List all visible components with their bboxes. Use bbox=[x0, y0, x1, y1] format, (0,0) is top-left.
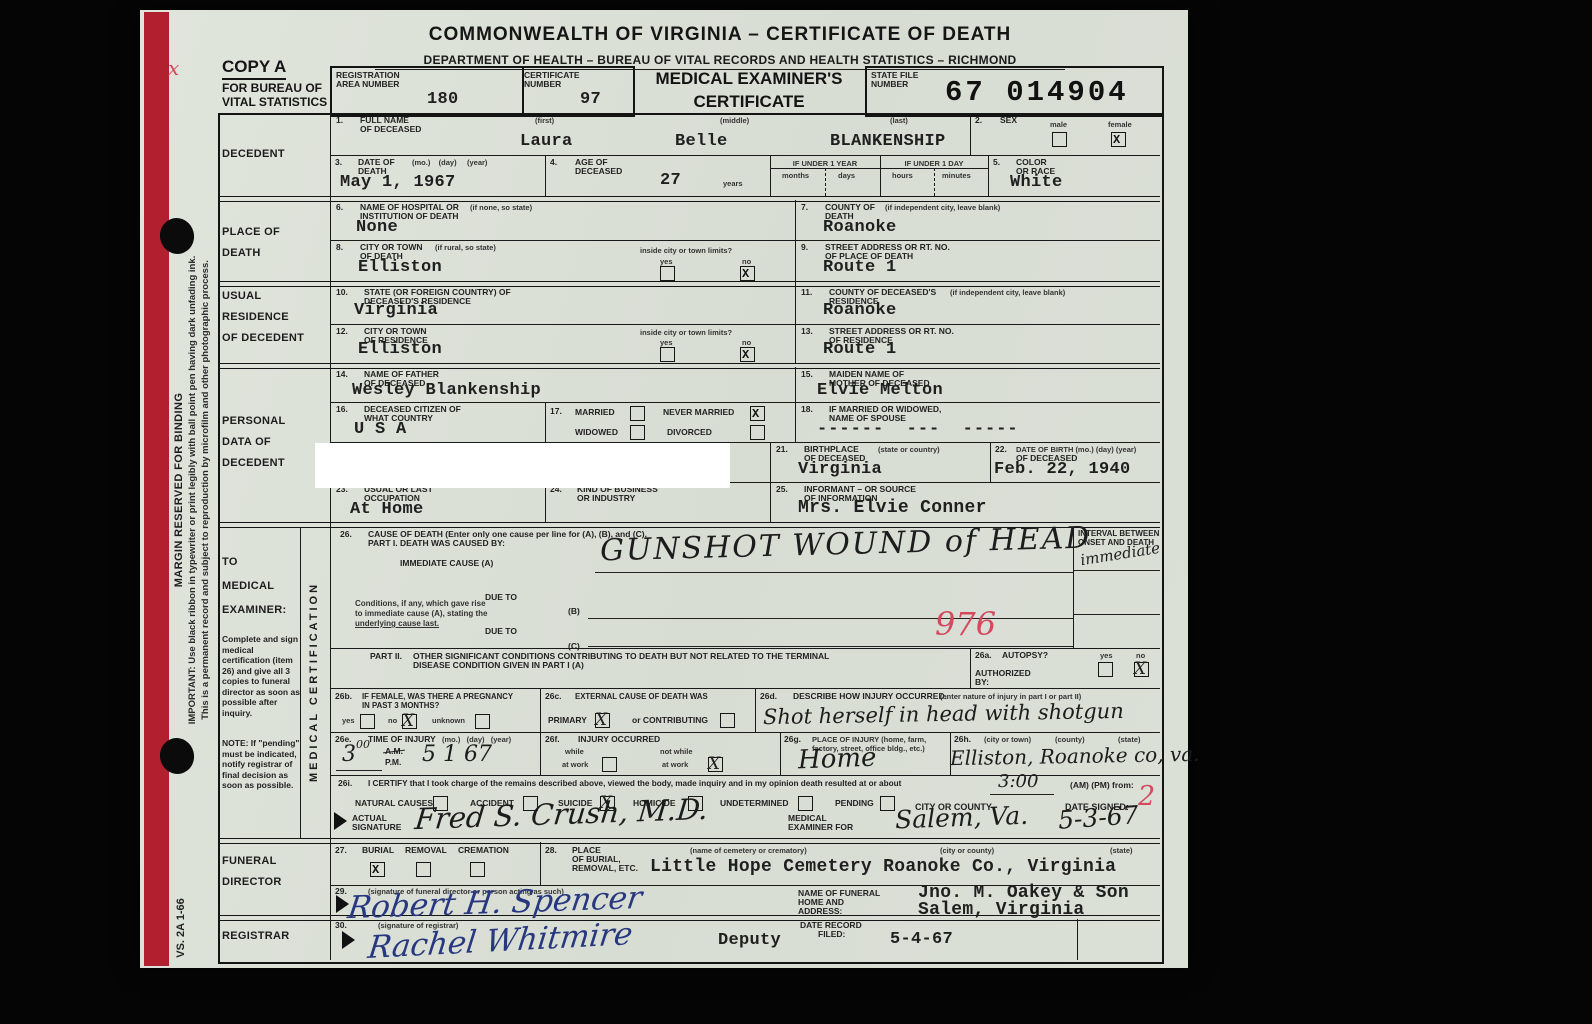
field-label: DESCRIBE HOW INJURY OCCURRED. bbox=[793, 692, 947, 701]
hint-middle: (middle) bbox=[720, 116, 749, 125]
interval-label1: INTERVAL BETWEEN bbox=[1078, 529, 1159, 538]
days-label: days bbox=[838, 171, 855, 180]
conditions-line3: underlying cause last. bbox=[355, 619, 439, 628]
red-x-mark: x bbox=[168, 56, 179, 80]
cause-a-line bbox=[595, 572, 1073, 573]
time-hour-handwriting: 3 bbox=[342, 742, 356, 767]
field-21-birthplace: 21. BIRTHPLACE (state or country) OF DEC… bbox=[770, 442, 990, 482]
field-18-spouse: 18. IF MARRIED OR WIDOWED, NAME OF SPOUS… bbox=[795, 402, 1160, 442]
field-7-county-of-death: 7. COUNTY OF (if independent city, leave… bbox=[795, 200, 1160, 240]
field-23-occupation: 23. USUAL OR LAST OCCUPATION At Home bbox=[330, 482, 545, 522]
part-2-conditions: PART II. OTHER SIGNIFICANT CONDITIONS CO… bbox=[330, 648, 970, 688]
interval-line1 bbox=[1073, 570, 1160, 571]
state-file-box: STATE FILE NUMBER 67 014904 bbox=[865, 66, 1164, 117]
mother-name-value: Elvie Melton bbox=[817, 381, 943, 400]
am-pm-from-label: (AM) (PM) from: bbox=[1070, 781, 1134, 790]
divorced-label: DIVORCED bbox=[667, 428, 712, 437]
widowed-label: WIDOWED bbox=[575, 428, 618, 437]
field-number: 2. bbox=[975, 116, 982, 125]
first-name-value: Laura bbox=[520, 132, 573, 151]
field-6-hospital: 6. NAME OF HOSPITAL OR (if none, so stat… bbox=[330, 200, 795, 240]
male-checkbox bbox=[1052, 132, 1067, 147]
margin-permanent-note: This is a permanent record and subject t… bbox=[199, 160, 212, 820]
time-minutes-handwriting: 00 bbox=[356, 738, 370, 751]
pregnancy-unknown-checkbox bbox=[475, 714, 490, 729]
field-24-business: 24. KIND OF BUSINESS OR INDUSTRY bbox=[545, 482, 770, 522]
side-label-place-of-death: PLACE OF bbox=[222, 226, 280, 238]
field-8-city-of-death: 8. CITY OR TOWN (if rural, so state) OF … bbox=[330, 240, 795, 281]
deputy-value: Deputy bbox=[718, 931, 781, 950]
death-time-underline bbox=[990, 794, 1054, 795]
city-of-death-value: Elliston bbox=[358, 258, 442, 277]
field-26d-how-injury-occurred: 26d. DESCRIBE HOW INJURY OCCURRED. (ente… bbox=[755, 688, 1160, 732]
pending-checkbox bbox=[880, 796, 895, 811]
field-26i-certification: 26i. I CERTIFY that I took charge of the… bbox=[330, 775, 1160, 838]
examiner-note2: NOTE: If "pending" must be indicated, no… bbox=[222, 738, 300, 791]
field-number: 25. bbox=[776, 485, 788, 494]
field-number: 27. bbox=[335, 846, 347, 855]
autopsy-label: AUTOPSY? bbox=[1002, 651, 1048, 660]
pending-label: PENDING bbox=[835, 799, 874, 808]
field-number: 1. bbox=[336, 116, 343, 125]
copy-a-sub1: FOR BUREAU OF bbox=[222, 81, 322, 95]
no-label: no bbox=[388, 716, 397, 725]
place-of-burial-value: Little Hope Cemetery Roanoke Co., Virgin… bbox=[650, 857, 1116, 877]
divorced-checkbox bbox=[750, 425, 765, 440]
side-label-place-of-death2: DEATH bbox=[222, 247, 261, 259]
field-number: 12. bbox=[336, 327, 348, 336]
field-label2: OR INDUSTRY bbox=[577, 494, 635, 503]
hospital-value: None bbox=[356, 218, 398, 237]
part1-label: PART I. DEATH WAS CAUSED BY: bbox=[368, 539, 505, 548]
registration-area-box: REGISTRATION AREA NUMBER 180 bbox=[330, 66, 524, 117]
red-code-976: 976 bbox=[935, 605, 996, 643]
side-label-residence1: USUAL bbox=[222, 290, 261, 302]
field-number: 28. bbox=[545, 846, 557, 855]
widowed-checkbox bbox=[630, 425, 645, 440]
field-label: SEX bbox=[1000, 116, 1017, 125]
hours-label: hours bbox=[892, 171, 913, 180]
field-number: 17. bbox=[550, 407, 562, 416]
side-label-personal2: DATA OF bbox=[222, 436, 271, 448]
yes-label: yes bbox=[660, 338, 673, 347]
side-label-registrar: REGISTRAR bbox=[222, 930, 289, 942]
state-file-label2: NUMBER bbox=[871, 80, 908, 89]
married-checkbox bbox=[630, 406, 645, 421]
due-to-label: DUE TO bbox=[485, 593, 517, 602]
field-12-city-residence: 12. CITY OR TOWN OF RESIDENCE Elliston i… bbox=[330, 324, 795, 363]
injury-location-handwriting: Elliston, Roanoke co, va. bbox=[950, 742, 1200, 770]
certificate-title: COMMONWEALTH OF VIRGINIA – CERTIFICATE O… bbox=[290, 24, 1150, 46]
funeral-home-address: Salem, Virginia bbox=[918, 900, 1085, 920]
limits-no-checkbox bbox=[740, 347, 755, 362]
field-number: 6. bbox=[336, 203, 343, 212]
county-of-death-value: Roanoke bbox=[823, 218, 897, 237]
while-at-work-checkbox bbox=[602, 757, 617, 772]
married-label: MARRIED bbox=[575, 408, 615, 417]
date-filed-value: 5-4-67 bbox=[890, 930, 953, 949]
state-hint: (state) bbox=[1110, 846, 1133, 855]
yes-label: yes bbox=[342, 716, 355, 725]
field-10-state-residence: 10. STATE (OR FOREIGN COUNTRY) OF DECEAS… bbox=[330, 285, 795, 324]
street-residence-value: Route 1 bbox=[823, 340, 897, 359]
place-of-injury-handwriting: Home bbox=[798, 743, 877, 776]
field-number: 5. bbox=[993, 158, 1000, 167]
yes-label: yes bbox=[1100, 651, 1113, 660]
field-number: 10. bbox=[336, 288, 348, 297]
conditions-line2: to immediate cause (A), stating the bbox=[355, 609, 487, 618]
field-27-disposition: 27. BURIAL REMOVAL CREMATION bbox=[330, 842, 540, 885]
minutes-label: minutes bbox=[942, 171, 971, 180]
not-while-at-work-checkbox bbox=[708, 757, 723, 772]
last-name-value: BLANKENSHIP bbox=[830, 132, 946, 151]
field-number: 8. bbox=[336, 243, 343, 252]
field-9-street-address: 9. STREET ADDRESS OR RT. NO. OF PLACE OF… bbox=[795, 240, 1160, 281]
field-29-funeral-director: 29. (signature of funeral director or pe… bbox=[330, 885, 1160, 915]
due-to-label2: DUE TO bbox=[485, 627, 517, 636]
primary-label: PRIMARY bbox=[548, 716, 587, 725]
age-value: 27 bbox=[660, 171, 681, 190]
side-label-decedent: DECEDENT bbox=[222, 148, 285, 160]
limits-no-checkbox bbox=[740, 266, 755, 281]
side-label-personal3: DECEDENT bbox=[222, 457, 285, 469]
field-label2: DECEASED bbox=[575, 167, 622, 176]
field-14-father: 14. NAME OF FATHER OF DECEASED Wesley Bl… bbox=[330, 367, 795, 402]
burial-checkbox bbox=[370, 862, 385, 877]
autopsy-yes-checkbox bbox=[1098, 662, 1113, 677]
field-hint: (state or country) bbox=[878, 445, 940, 454]
state-file-number: 67 014904 bbox=[945, 76, 1129, 109]
field-number: 4. bbox=[550, 158, 557, 167]
never-married-label: NEVER MARRIED bbox=[663, 408, 734, 417]
pm-label: P.M. bbox=[385, 758, 401, 767]
margin-binding-title: MARGIN RESERVED FOR BINDING bbox=[173, 160, 186, 820]
field-number: 26i. bbox=[338, 779, 352, 788]
date-hints: (mo.) (day) (year) bbox=[412, 158, 487, 167]
form-number: VS. 2A 1-66 bbox=[175, 873, 189, 983]
examiner-for-label: EXAMINER FOR bbox=[788, 823, 853, 832]
cause-b-line bbox=[588, 618, 1073, 619]
field-number: 15. bbox=[801, 370, 813, 379]
registration-area-number: 180 bbox=[427, 90, 459, 109]
limits-yes-checkbox bbox=[660, 266, 675, 281]
field-hint: (if independent city, leave blank) bbox=[885, 203, 1000, 212]
county-hint: (county) bbox=[1055, 735, 1085, 744]
limits-question: inside city or town limits? bbox=[640, 328, 732, 337]
side-label-funeral: FUNERAL bbox=[222, 855, 277, 867]
field-22-date-of-birth: 22. DATE OF BIRTH (mo.) (day) (year) OF … bbox=[990, 442, 1160, 482]
examiner-note1: Complete and sign medical certification … bbox=[222, 634, 300, 718]
death-time-handwriting: 3:00 bbox=[998, 771, 1038, 792]
injury-description-handwriting: Shot herself in head with shotgun bbox=[763, 699, 1124, 729]
removal-checkbox bbox=[416, 862, 431, 877]
field-26e-time-of-injury: 26e. TIME OF INJURY (mo.) (day) (year) 3… bbox=[330, 732, 540, 775]
side-label-personal1: PERSONAL bbox=[222, 415, 286, 427]
registration-label2: AREA NUMBER bbox=[336, 80, 399, 89]
at-work-label: at work bbox=[562, 760, 588, 769]
field-4-under-1-year: IF UNDER 1 YEAR months days bbox=[770, 155, 880, 196]
no-label: no bbox=[742, 338, 751, 347]
certificate-number-box: CERTIFICATE NUMBER 97 bbox=[520, 66, 635, 117]
citizen-value: U S A bbox=[354, 420, 407, 439]
field-26b-pregnancy: 26b. IF FEMALE, WAS THERE A PREGNANCY IN… bbox=[330, 688, 540, 732]
pregnancy-no-checkbox bbox=[402, 714, 417, 729]
immediate-cause-label: IMMEDIATE CAUSE (A) bbox=[400, 559, 493, 568]
medical-examiners-title: MEDICAL EXAMINER'S bbox=[633, 69, 865, 89]
city-county-hint: (city or county) bbox=[940, 846, 994, 855]
middle-name-value: Belle bbox=[675, 132, 728, 151]
field-number: 3. bbox=[335, 158, 342, 167]
field-hint: (if independent city, leave blank) bbox=[950, 288, 1065, 297]
field-15-mother: 15. MAIDEN NAME OF MOTHER OF DECEASED El… bbox=[795, 367, 1160, 402]
binding-margin-text: MARGIN RESERVED FOR BINDING IMPORTANT: U… bbox=[173, 160, 217, 820]
not-while-label: not while bbox=[660, 747, 693, 756]
field-26-cause-of-death: 26. CAUSE OF DEATH (Enter only one cause… bbox=[330, 527, 1160, 648]
not-at-work-label: at work bbox=[662, 760, 688, 769]
side-label-director: DIRECTOR bbox=[222, 876, 282, 888]
race-value: White bbox=[1010, 173, 1063, 192]
informant-value: Mrs. Elvie Conner bbox=[798, 498, 987, 518]
field-label: EXTERNAL CAUSE OF DEATH WAS bbox=[575, 692, 708, 701]
hint-first: (first) bbox=[535, 116, 554, 125]
limits-yes-checkbox bbox=[660, 347, 675, 362]
funeral-home-label3: ADDRESS: bbox=[798, 907, 842, 916]
field-4-age: 4. AGE OF DECEASED 27 years bbox=[545, 155, 770, 196]
medical-strip-line bbox=[300, 527, 301, 838]
certificate-paper: MARGIN RESERVED FOR BINDING IMPORTANT: U… bbox=[140, 10, 1188, 968]
signature-arrow bbox=[334, 812, 347, 830]
years-label: years bbox=[723, 179, 743, 188]
field-number: 26a. bbox=[975, 651, 992, 660]
injury-date-handwriting: 5 1 67 bbox=[422, 742, 492, 767]
certify-text: I CERTIFY that I took charge of the rema… bbox=[368, 779, 901, 788]
conditions-line1: Conditions, if any, which gave rise bbox=[355, 599, 486, 608]
no-label: no bbox=[742, 257, 751, 266]
field-16-citizen: 16. DECEASED CITIZEN OF WHAT COUNTRY U S… bbox=[330, 402, 545, 442]
cremation-label: CREMATION bbox=[458, 846, 509, 855]
field-number: 11. bbox=[801, 288, 812, 297]
side-label-to: TO bbox=[222, 556, 238, 568]
date-of-birth-value: Feb. 22, 1940 bbox=[994, 460, 1131, 479]
binding-stripe bbox=[144, 12, 169, 966]
by-label: BY: bbox=[975, 678, 989, 687]
unknown-label: unknown bbox=[432, 716, 465, 725]
field-label: IF FEMALE, WAS THERE A PREGNANCY bbox=[362, 692, 513, 701]
female-label: female bbox=[1108, 120, 1132, 129]
time-underline bbox=[336, 770, 382, 771]
hint-last: (last) bbox=[890, 116, 908, 125]
burial-label: BURIAL bbox=[362, 846, 394, 855]
primary-checkbox bbox=[595, 713, 610, 728]
field-number: 21. bbox=[776, 445, 788, 454]
field-25-informant: 25. INFORMANT – OR SOURCE OF INFORMATION… bbox=[770, 482, 1160, 522]
date-signed-handwriting: 5-3-67 bbox=[1057, 800, 1139, 835]
pregnancy-yes-checkbox bbox=[360, 714, 375, 729]
signature-arrow bbox=[342, 931, 355, 949]
field-number: 22. bbox=[995, 445, 1007, 454]
medical-examiners-title2: CERTIFICATE bbox=[633, 92, 865, 112]
field-number: 26f. bbox=[545, 735, 560, 744]
field-number: 13. bbox=[801, 327, 813, 336]
field-4-under-1-day: IF UNDER 1 DAY hours minutes bbox=[880, 155, 988, 196]
margin-important-note: IMPORTANT: Use black ribbon in typewrite… bbox=[186, 160, 199, 820]
field-number: 30. bbox=[335, 921, 347, 930]
contributing-label: or CONTRIBUTING bbox=[632, 716, 708, 725]
field-28-place-of-burial: 28. PLACE OF BURIAL, REMOVAL, ETC. (name… bbox=[540, 842, 1160, 885]
examiner-city-handwriting: Salem, Va. bbox=[895, 801, 1029, 835]
field-2-sex: 2. SEX male female bbox=[970, 113, 1160, 155]
field-30-registrar: 30. (signature of registrar) Rachel Whit… bbox=[330, 919, 1160, 960]
field-number: 9. bbox=[801, 243, 808, 252]
county-residence-value: Roanoke bbox=[823, 301, 897, 320]
copy-a-label: COPY A bbox=[222, 57, 286, 80]
autopsy-no-checkbox bbox=[1134, 662, 1149, 677]
medical-certification-vertical-label: MEDICAL CERTIFICATION bbox=[308, 532, 324, 832]
while-label: while bbox=[565, 747, 584, 756]
certificate-number-label2: NUMBER bbox=[524, 80, 561, 89]
redaction-box bbox=[315, 443, 730, 488]
yes-label: yes bbox=[660, 257, 673, 266]
field-number: 26b. bbox=[335, 692, 352, 701]
side-label-examiner: EXAMINER: bbox=[222, 604, 286, 616]
cause-b-label: (B) bbox=[568, 607, 580, 616]
part2-label: PART II. bbox=[370, 652, 402, 661]
part2-text2: DISEASE CONDITION GIVEN IN PART I (A) bbox=[413, 661, 584, 670]
field-label2: OF DECEASED bbox=[360, 125, 421, 134]
field-number: 7. bbox=[801, 203, 808, 212]
undetermined-label: UNDETERMINED bbox=[720, 799, 788, 808]
street-address-value: Route 1 bbox=[823, 258, 897, 277]
field-number: 26c. bbox=[545, 692, 562, 701]
city-residence-value: Elliston bbox=[358, 340, 442, 359]
field-3-date-of-death: 3. DATE OF DEATH (mo.) (day) (year) May … bbox=[330, 155, 545, 196]
spouse-value: ------ --- ----- bbox=[817, 420, 1019, 439]
side-label-residence2: RESIDENCE bbox=[222, 311, 289, 323]
removal-label: REMOVAL bbox=[405, 846, 447, 855]
limits-question: inside city or town limits? bbox=[640, 246, 732, 255]
field-5-color-race: 5. COLOR OR RACE White bbox=[988, 155, 1160, 196]
undetermined-checkbox bbox=[798, 796, 813, 811]
occupation-value: At Home bbox=[350, 500, 424, 519]
field-label3: REMOVAL, ETC. bbox=[572, 864, 638, 873]
field-26c-external-cause: 26c. EXTERNAL CAUSE OF DEATH WAS PRIMARY… bbox=[540, 688, 755, 732]
field-26g-place-of-injury: 26g. PLACE OF INJURY (home, farm, factor… bbox=[780, 732, 950, 775]
field-11-county-residence: 11. COUNTY OF DECEASED'S (if independent… bbox=[795, 285, 1160, 324]
under-1-year-label: IF UNDER 1 YEAR bbox=[770, 159, 880, 168]
field-17-marital-status: 17. MARRIED NEVER MARRIED WIDOWED DIVORC… bbox=[545, 402, 795, 442]
field-1-full-name: 1. FULL NAME OF DECEASED (first) (middle… bbox=[330, 113, 970, 155]
cause-a-handwriting: GUNSHOT WOUND of HEAD bbox=[600, 521, 1092, 569]
filed-label: FILED: bbox=[818, 930, 845, 939]
field-number: 26h. bbox=[954, 735, 971, 744]
field-label: INJURY OCCURRED bbox=[578, 735, 660, 744]
red-2-mark: 2 bbox=[1138, 781, 1155, 812]
city-hint: (city or town) bbox=[984, 735, 1031, 744]
field-number: 26g. bbox=[784, 735, 801, 744]
field-26h-injury-location: 26h. (city or town) (county) (state) Ell… bbox=[950, 732, 1160, 775]
male-label: male bbox=[1050, 120, 1067, 129]
side-label-medical: MEDICAL bbox=[222, 580, 274, 592]
certificate-number: 97 bbox=[580, 90, 601, 109]
field-number: 26d. bbox=[760, 692, 777, 701]
female-checkbox bbox=[1111, 132, 1126, 147]
field-number: 18. bbox=[801, 405, 813, 414]
state-residence-value: Virginia bbox=[354, 301, 438, 320]
date-of-death-value: May 1, 1967 bbox=[340, 173, 456, 192]
under-1-day-label: IF UNDER 1 DAY bbox=[880, 159, 988, 168]
months-label: months bbox=[782, 171, 809, 180]
field-26a-autopsy: 26a. AUTOPSY? yes no AUTHORIZED BY: bbox=[970, 648, 1160, 688]
side-label-residence3: OF DECEDENT bbox=[222, 332, 304, 344]
interval-line2 bbox=[1073, 614, 1160, 615]
contributing-checkbox bbox=[720, 713, 735, 728]
cremation-checkbox bbox=[470, 862, 485, 877]
father-name-value: Wesley Blankenship bbox=[352, 381, 541, 400]
certificate-subtitle: DEPARTMENT OF HEALTH – BUREAU OF VITAL R… bbox=[290, 53, 1150, 67]
field-26f-injury-occurred: 26f. INJURY OCCURRED while at work not w… bbox=[540, 732, 780, 775]
medical-examiner-signature: Fred S. Crush, M.D. bbox=[413, 792, 710, 836]
field-hint: (if none, so state) bbox=[470, 203, 532, 212]
cemetery-hint: (name of cemetery or crematory) bbox=[690, 846, 807, 855]
field-number: 26. bbox=[340, 530, 352, 539]
signature-label: SIGNATURE bbox=[352, 823, 401, 832]
birthplace-value: Virginia bbox=[798, 460, 882, 479]
field-number: 16. bbox=[336, 405, 348, 414]
scanned-death-certificate: MARGIN RESERVED FOR BINDING IMPORTANT: U… bbox=[0, 0, 1592, 1024]
never-married-checkbox bbox=[750, 406, 765, 421]
field-hint: (if rural, so state) bbox=[435, 243, 496, 252]
field-13-street-residence: 13. STREET ADDRESS OR RT. NO. OF RESIDEN… bbox=[795, 324, 1160, 363]
field-number: 14. bbox=[336, 370, 348, 379]
field-label2: IN PAST 3 MONTHS? bbox=[362, 701, 439, 710]
copy-a-sub2: VITAL STATISTICS bbox=[222, 95, 327, 109]
cause-c-line bbox=[588, 646, 1073, 647]
